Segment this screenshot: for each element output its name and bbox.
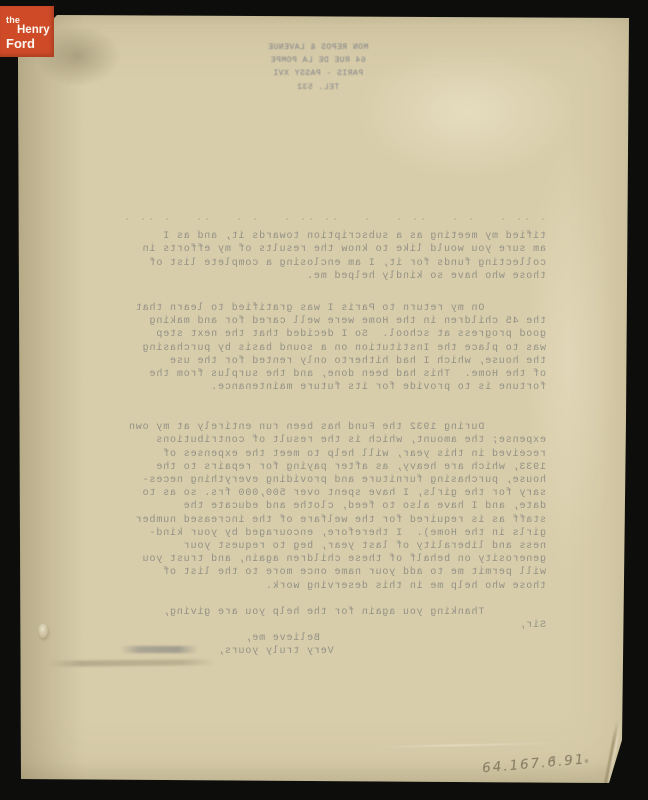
logo-word-henry: Henry: [17, 25, 50, 37]
paper-edge-shading: [0, 0, 648, 800]
logo-word-ford: Ford: [6, 37, 35, 50]
document-paper: MON REPOS & LAVENUE 64 RUE DE LA POMPE P…: [0, 0, 648, 800]
henry-ford-logo: the Henry Ford: [0, 6, 54, 57]
photo-backdrop: MON REPOS & LAVENUE 64 RUE DE LA POMPE P…: [0, 0, 648, 800]
